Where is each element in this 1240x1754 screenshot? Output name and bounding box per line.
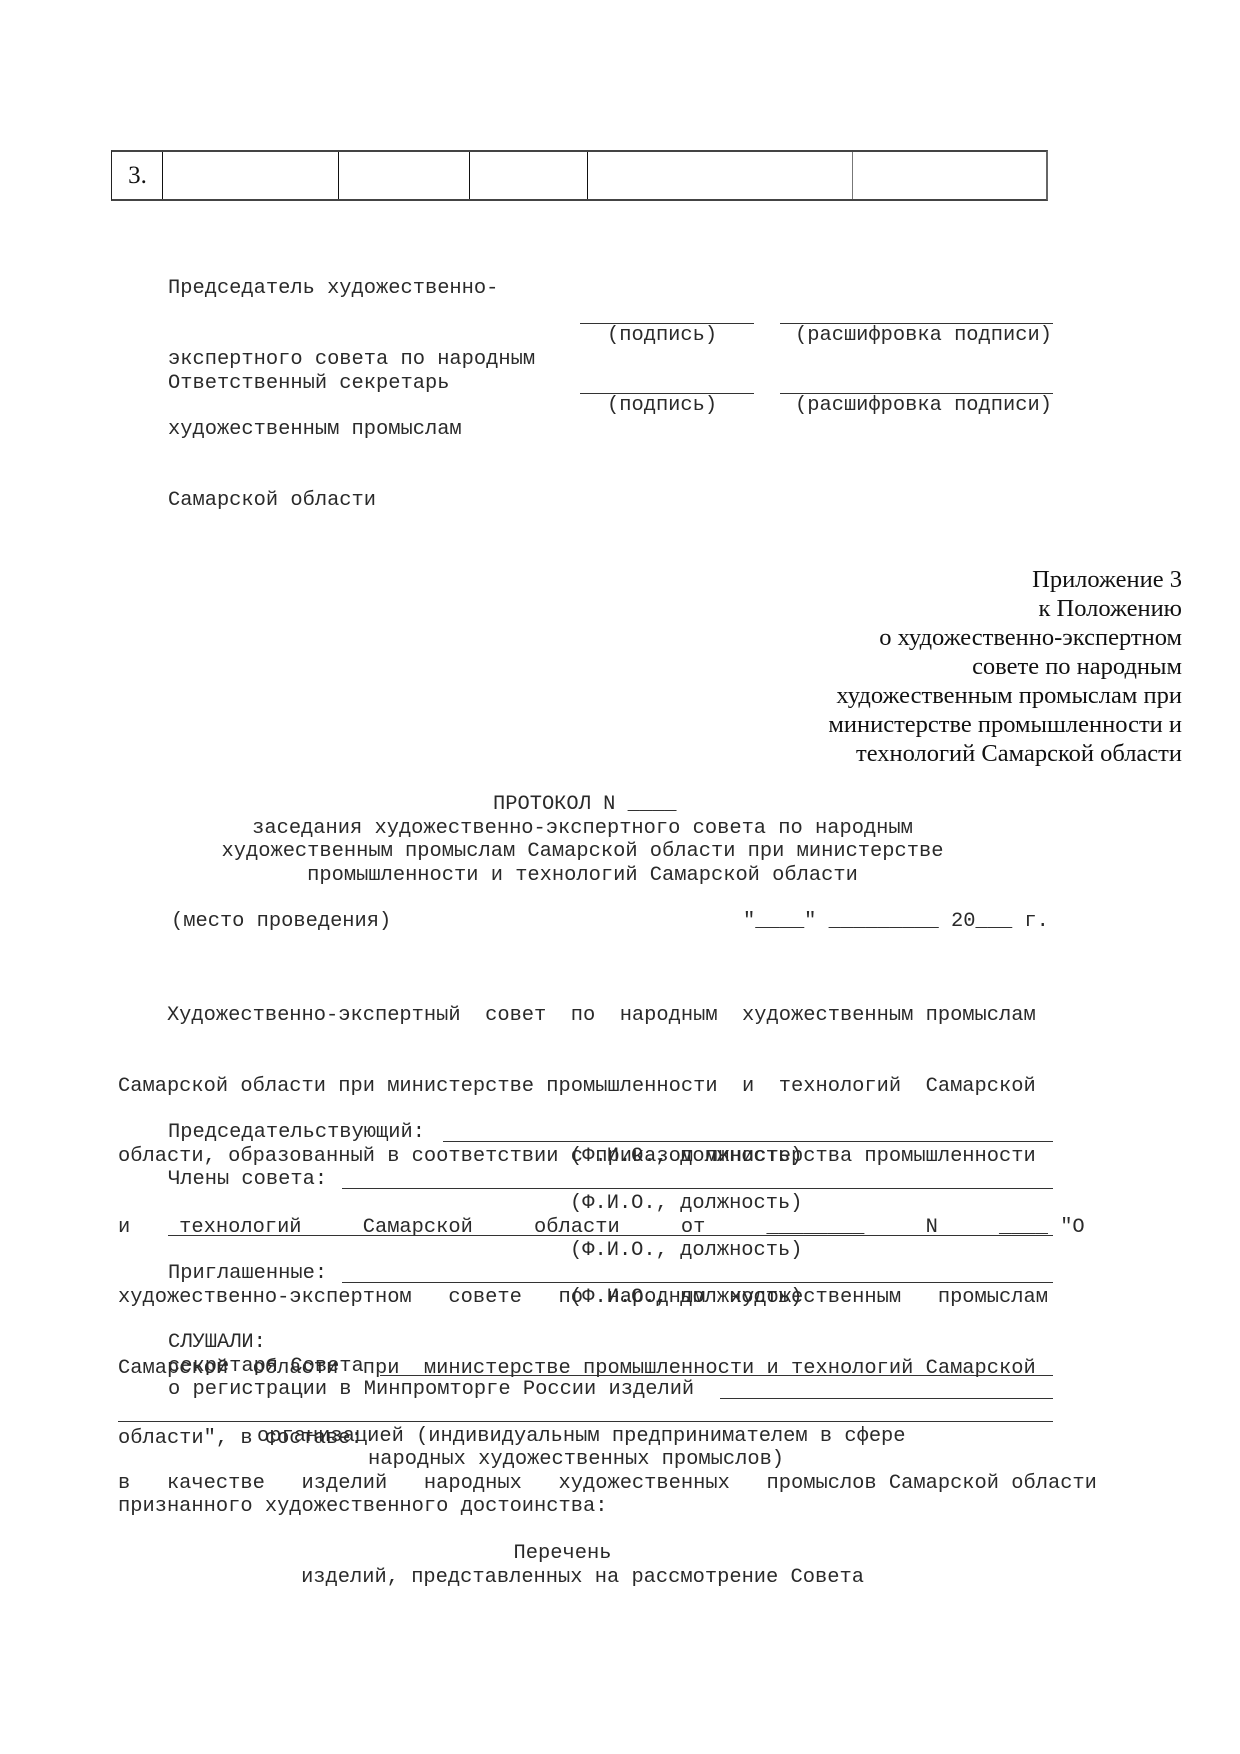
- presiding-caption: (Ф.И.О., должность): [570, 1145, 803, 1169]
- heard-label: СЛУШАЛИ:: [168, 1331, 266, 1355]
- meeting-place-label: (место проведения): [171, 910, 391, 934]
- registration-label: о регистрации в Минпромторге России изде…: [168, 1378, 694, 1402]
- table-divider: [469, 152, 470, 199]
- appendix-line: художественным промыслам при: [828, 681, 1182, 710]
- chairman-signature-caption: (подпись): [607, 324, 717, 348]
- list-title: Перечень: [0, 1542, 1125, 1566]
- members-caption: (Ф.И.О., должность): [570, 1192, 803, 1216]
- chairman-decoding-caption: (расшифровка подписи): [795, 324, 1052, 348]
- members-label: Члены совета:: [168, 1168, 327, 1192]
- list-subtitle: изделий, представленных на рассмотрение …: [0, 1566, 1165, 1590]
- quality-line: признанного художественного достоинства:: [118, 1495, 607, 1519]
- paragraph-line: Художественно-экспертный совет по народн…: [118, 1004, 1085, 1028]
- protocol-subtitle-line: промышленности и технологий Самарской об…: [0, 864, 1165, 888]
- protocol-title: ПРОТОКОЛ N ____: [493, 793, 677, 817]
- protocol-subtitle-line: заседания художественно-экспертного сове…: [0, 817, 1165, 841]
- invited-label: Приглашенные:: [168, 1262, 327, 1286]
- chairman-label-line: Председатель художественно-: [168, 277, 535, 301]
- appendix-line: о художественно-экспертном: [828, 623, 1182, 652]
- table-divider: [587, 152, 588, 199]
- appendix-line: совете по народным: [828, 652, 1182, 681]
- organization-field[interactable]: [118, 1421, 1053, 1422]
- appendix-line: технологий Самарской области: [828, 739, 1182, 768]
- secretary-heard-field[interactable]: [380, 1375, 1053, 1376]
- organization-caption-line: организацией (индивидуальным предпринима…: [257, 1425, 906, 1449]
- table-divider: [162, 152, 163, 199]
- quality-line: в качестве изделий народных художественн…: [118, 1472, 1097, 1496]
- table-divider: [338, 152, 339, 199]
- appendix-header: Приложение 3 к Положению о художественно…: [828, 565, 1182, 768]
- appendix-line: Приложение 3: [828, 565, 1182, 594]
- presiding-label: Председательствующий:: [168, 1121, 425, 1145]
- table-divider: [852, 152, 853, 199]
- secretary-label: Ответственный секретарь: [168, 372, 449, 396]
- row-number: 3.: [112, 152, 163, 199]
- organization-caption-line: народных художественных промыслов): [368, 1448, 784, 1472]
- council-composition-paragraph: Художественно-экспертный совет по народн…: [118, 957, 1085, 1498]
- invited-caption: (Ф.И.О., должность): [570, 1286, 803, 1310]
- appendix-line: к Положению: [828, 594, 1182, 623]
- chairman-label-line: Самарской области: [168, 489, 535, 513]
- chairman-label-line: художественным промыслам: [168, 418, 535, 442]
- document-page: 3. Председатель художественно- экспертно…: [0, 0, 1240, 1754]
- paragraph-line: Самарской области при министерстве промы…: [118, 1075, 1085, 1099]
- secretary-signature-caption: (подпись): [607, 394, 717, 418]
- invited-field[interactable]: [342, 1282, 1053, 1283]
- meeting-date-field[interactable]: "____" _________ 20___ г.: [743, 910, 1049, 934]
- chairman-label-line: экспертного совета по народным: [168, 348, 535, 372]
- secretary-heard-label: секретаря Совета: [168, 1355, 364, 1379]
- secretary-decoding-caption: (расшифровка подписи): [795, 394, 1052, 418]
- registration-field[interactable]: [720, 1398, 1053, 1399]
- members-field[interactable]: [342, 1188, 1053, 1189]
- items-table-row: 3.: [111, 150, 1048, 201]
- presiding-field[interactable]: [443, 1141, 1053, 1142]
- protocol-subtitle-line: художественным промыслам Самарской облас…: [0, 840, 1165, 864]
- members-field-extra[interactable]: [168, 1235, 1053, 1236]
- members-extra-caption: (Ф.И.О., должность): [570, 1239, 803, 1263]
- appendix-line: министерстве промышленности и: [828, 710, 1182, 739]
